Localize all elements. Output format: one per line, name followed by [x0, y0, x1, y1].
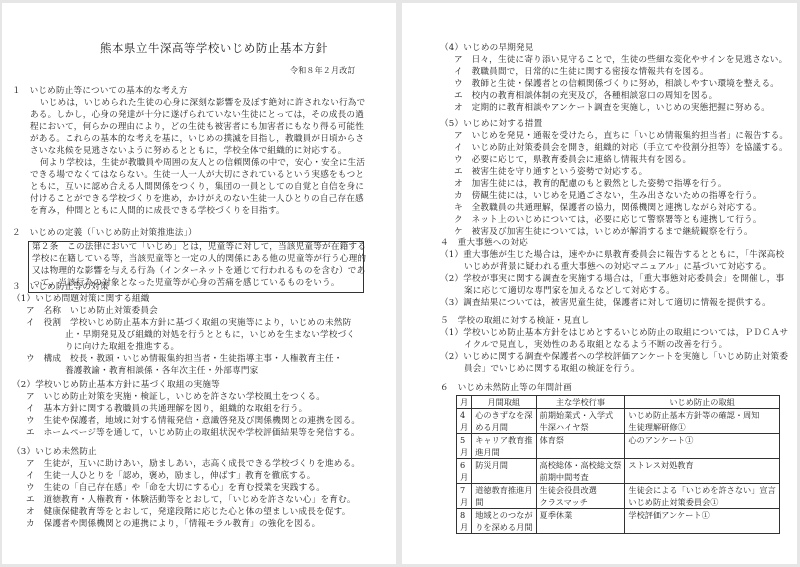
actions-cell: 学校評価アンケート① — [625, 509, 779, 534]
list-item-continued: 員会」でいじめに関する取組の検証を行う。 — [464, 364, 640, 375]
paragraph-line: を育み，仲間とともに人間的に成長できる学校づくりを目指す。 — [30, 206, 285, 217]
list-item: エ 被害生徒を守り通すという姿勢で対応する。 — [454, 167, 647, 178]
list-item: エ 校内の教育相談体制の充実及び，各種相談窓口の周知を図る。 — [454, 91, 717, 102]
table-row: 7月 道徳教育推進月間 生徒会役員改選クラスマッチ 生徒会による「いじめを許さな… — [457, 484, 780, 509]
actions-cell: 生徒会による「いじめを許さない」宣言いじめ防止対策委員会① — [625, 484, 779, 509]
list-item: ク ネット上のいじめについては，必要に応じて警察署等とも連携して行う。 — [454, 215, 762, 226]
annual-plan-table: 月 月間取組 主な学校行事 いじめ防止の取組 4月 心のきずなを深める月間 前期… — [456, 395, 780, 534]
subsection-3-1-heading: （1）いじめ問題対策に関する組織 — [12, 294, 150, 305]
list-item: イ いじめ防止対策委員会を開き，組織的対応（手立てや役割分担等）を協議する。 — [454, 143, 788, 154]
list-item-continued: いじめが背景に疑われる重大事態への対応マニュアル」に基づいて対応する。 — [464, 262, 771, 273]
list-item: オ 健康保健教育等をとおして，発達段階に応じた心と体の望ましい成長を促す。 — [26, 507, 351, 518]
section-1-heading: １ いじめ防止等についての基本的な考え方 — [12, 86, 188, 97]
paragraph-line: 程において，何らかの理由により，どの生徒も被害者にも加害者にもなり得る可能性 — [30, 122, 364, 133]
list-item: （1）重大事態が生じた場合は，速やかに県教育委員会に報告するとともに，「牛深高校 — [440, 250, 784, 261]
list-item: イ 教職員間で，日常的に生徒に関する密接な情報共有を図る。 — [454, 67, 709, 78]
box-line: 又は物理的な影響を与える行為（インターネットを通じて行われるものを含む）であ — [32, 266, 365, 277]
list-item: ウ 教師と生徒・保護者との信頼関係づくりに努め，相談しやすい環境を整える。 — [454, 79, 779, 90]
actions-cell: いじめ防止基本方針等の確認・周知生徒理解研修① — [625, 409, 779, 434]
month-cell: 7月 — [457, 484, 472, 509]
list-item: エ ホームページ等を通して，いじめ防止の取組状況や学校評価結果等を発信する。 — [26, 428, 360, 439]
paragraph-line: いじめは，いじめられた生徒の心身に深刻な影響を及ぼす絶対に許されない行為で — [40, 98, 365, 109]
events-cell: 高校総体・高校総文祭前期中間考査 — [536, 459, 625, 484]
monthly-focus-cell: キャリア教育推進月間 — [472, 434, 536, 459]
monthly-focus-cell: 防災月間 — [472, 459, 536, 484]
paragraph-line: 付けることができる学校づくりを進め，かけがえのない生徒一人ひとりの自己存在感 — [30, 194, 364, 205]
paragraph-line: ともに，互いに認め合える人間関係をつくり，集団の一員としての自覚と自信を身に — [30, 182, 364, 193]
column-header-month: 月 — [457, 396, 472, 409]
table-row: 4月 心のきずなを深める月間 前期始業式・入学式牛深ハイヤ祭 いじめ防止基本方針… — [457, 409, 780, 434]
paragraph-line: 何より学校は，生徒が教職員や周囲の友人との信頼関係の中で，安心・安全に生活 — [40, 158, 365, 169]
list-item: オ 定期的に教育相談やアンケート調査を実施し，いじめの実態把握に努める。 — [454, 103, 770, 114]
events-cell: 生徒会役員改選クラスマッチ — [536, 484, 625, 509]
events-cell: 体育祭 — [536, 434, 625, 459]
list-item: ア 生徒が，互いに助けあい，励ましあい，志高く成長できる学校づくりを進める。 — [26, 459, 360, 470]
section-3-heading: ３ いじめ防止等の対策 — [12, 282, 109, 293]
list-item: ア いじめ防止対策を実施・検証し，いじめを許さない学校風土をつくる。 — [26, 392, 325, 403]
table-row: 8月 地域とのつながりを深める月間 夏季休業 学校評価アンケート① — [457, 509, 780, 534]
actions-cell: 心のアンケート① — [625, 434, 779, 459]
table-row: 5月 キャリア教育推進月間 体育祭 心のアンケート① — [457, 434, 780, 459]
monthly-focus-cell: 道徳教育推進月間 — [472, 484, 536, 509]
list-item-continued: 養護教諭・教育相談係・各年次主任・外部専門家 — [65, 366, 258, 377]
box-line: 学校に在籍している等，当該児童等と一定の人的関係にある他の児童等が行う心理的 — [32, 254, 366, 265]
subsection-3-5-heading: （5）いじめに対する措置 — [440, 119, 542, 130]
month-cell: 4月 — [457, 409, 472, 434]
list-item: キ 全教職員の共通理解，保護者の協力，関係機関と連携しながら対応する。 — [454, 203, 762, 214]
column-header-school-events: 主な学校行事 — [536, 396, 625, 409]
list-item-continued: りに向けた取組を推進する。 — [65, 342, 179, 353]
paragraph-line: できる場でなくてはならない。生徒一人一人が大切にされているという実感をもつと — [30, 170, 364, 181]
document-page-1: 熊本県立牛深高等学校いじめ防止基本方針 令和８年２月改訂 １ いじめ防止等につい… — [2, 3, 396, 564]
list-item-continued: 案に応じて適切な専門家を加えるなどして対応する。 — [464, 286, 675, 297]
list-item: （2）学校が事実に関する調査を実施する場合は，「重大事態対応委員会」を開催し，事 — [440, 274, 784, 285]
list-item: ケ 被害及び加害生徒については，いじめが解消するまで継続観察を行う。 — [454, 227, 753, 238]
list-item: ア いじめを発見・通報を受けたら，直ちに「いじめ情報集約担当者」に報告する。 — [454, 131, 788, 142]
box-line: 第２条 この法律において「いじめ」とは，児童等に対して，当該児童等が在籍する — [32, 242, 366, 253]
paragraph-line: さいな兆候を見逃さないように努めるとともに，学校全体で組織的に対応する。 — [30, 146, 347, 157]
events-cell: 前期始業式・入学式牛深ハイヤ祭 — [536, 409, 625, 434]
subsection-3-2-heading: （2）学校いじめ防止基本方針に基づく取組の実施等 — [12, 380, 220, 391]
list-item: ウ 生徒の「自己存在感」や「命を大切にする心」を育む授業を実践する。 — [26, 483, 325, 494]
section-2-heading: ２ いじめの定義（「いじめ防止対策推進法」） — [12, 228, 197, 239]
list-item: ア 名称 いじめ防止対策委員会 — [26, 306, 158, 317]
section-4-heading: ４ 重大事態への対応 — [440, 238, 528, 249]
column-header-anti-bullying-actions: いじめ防止の取組 — [625, 396, 779, 409]
list-item: ウ 必要に応じて，県教育委員会に連絡し情報共有を図る。 — [454, 155, 691, 166]
table-header-row: 月 月間取組 主な学校行事 いじめ防止の取組 — [457, 396, 780, 409]
list-item: ア 日々，生徒に寄り添い見守ることで，生徒の些細な変化やサインを見逃さない。 — [454, 55, 787, 66]
list-item: （2）いじめに関する調査や保護者への学校評価アンケートを実施し「いじめ防止対策委 — [440, 352, 788, 363]
table-row: 6月 防災月間 高校総体・高校総文祭前期中間考査 ストレス対処教育 — [457, 459, 780, 484]
document-title: 熊本県立牛深高等学校いじめ防止基本方針 — [100, 43, 328, 54]
column-header-monthly-focus: 月間取組 — [472, 396, 536, 409]
month-cell: 5月 — [457, 434, 472, 459]
actions-cell: ストレス対処教育 — [625, 459, 779, 484]
paragraph-line: ある。しかし，心身の発達が十分に遂げられていない生徒にとっては，その成長の過 — [30, 110, 364, 121]
list-item: カ 傍観生徒には，いじめを見過ごさない，生み出さないための指導を行う。 — [454, 191, 762, 202]
subsection-3-4-heading: （4）いじめの早期発見 — [440, 43, 534, 54]
month-cell: 8月 — [457, 509, 472, 534]
list-item: カ 保護者や関係機関との連携により，「情報モラル教育」の強化を図る。 — [26, 519, 320, 530]
list-item: （1）学校いじめ防止基本方針をはじめとするいじめ防止の取組については，ＰＤＣＡサ — [440, 328, 788, 339]
paragraph-line: がある。これらの基本的な考えを基に，いじめの撲滅を目指し，教職員が日頃からさ — [30, 134, 364, 145]
section-6-heading: ６ いじめ未然防止等の年間計画 — [440, 383, 572, 394]
list-item: イ 基本方針に関する教職員の共通理解を図り，組織的な取組を行う。 — [26, 404, 307, 415]
section-5-heading: ５ 学校の取組に対する検証・見直し — [440, 316, 590, 327]
month-cell: 6月 — [457, 459, 472, 484]
list-item: （3）調査結果については，被害児童生徒，保護者に対して適切に情報を提供する。 — [440, 298, 771, 309]
list-item: エ 道徳教育・人権教育・体験活動等をとおして，「いじめを許さない心」を育む。 — [26, 495, 356, 506]
monthly-focus-cell: 心のきずなを深める月間 — [472, 409, 536, 434]
monthly-focus-cell: 地域とのつながりを深める月間 — [472, 509, 536, 534]
list-item: イ 生徒一人ひとりを「認め，褒め，励まし，伸ばす」教育を徹底する。 — [26, 471, 316, 482]
list-item: イ 役割 学校いじめ防止基本方針に基づく取組の実施等により，いじめの未然防 — [26, 318, 351, 329]
events-cell: 夏季休業 — [536, 509, 625, 534]
list-item: ウ 構成 校長・教頭・いじめ情報集約担当者・生徒指導主事・人権教育主任・ — [26, 354, 343, 365]
list-item-continued: 止・早期発見及び組織的対処を行うとともに，いじめを生まない学校づく — [65, 330, 355, 341]
list-item: ウ 生徒や保護者，地域に対する情報発信・意識啓発及び関係機関との連携を図る。 — [26, 416, 360, 427]
document-page-2: （4）いじめの早期発見 ア 日々，生徒に寄り添い見守ることで，生徒の些細な変化や… — [402, 3, 797, 564]
list-item-continued: イクルで見直し，実効性のある取組となるよう不断の改善を行う。 — [464, 340, 727, 351]
list-item: オ 加害生徒には，教育的配慮のもと毅然とした姿勢で指導を行う。 — [454, 179, 727, 190]
revision-date: 令和８年２月改訂 — [290, 65, 356, 76]
subsection-3-3-heading: （3）いじめ未然防止 — [12, 447, 97, 458]
